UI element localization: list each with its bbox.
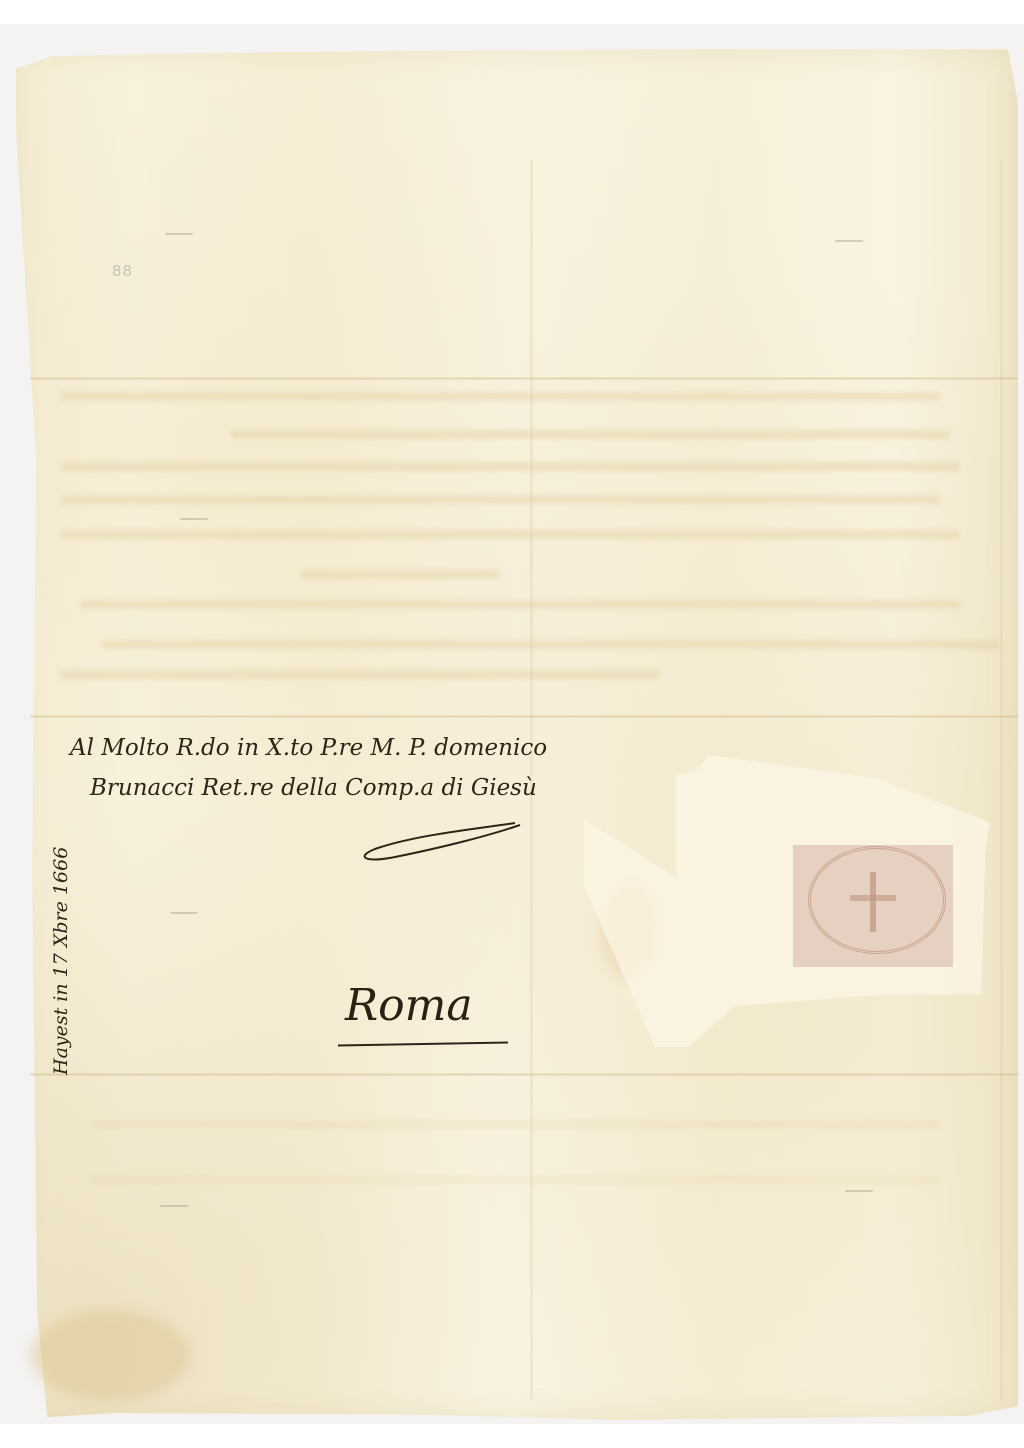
cut-mark bbox=[180, 518, 208, 520]
cut-mark bbox=[160, 1205, 188, 1207]
docket-note: Hayest in 17 Xbre 1666 bbox=[50, 847, 72, 1075]
address-line-1: Al Molto R.do in X.to P.re M. P. domenic… bbox=[70, 728, 547, 768]
paper-stain bbox=[30, 1310, 190, 1400]
seal-cross-icon bbox=[850, 895, 896, 901]
cut-mark bbox=[835, 240, 863, 242]
address-block: Al Molto R.do in X.to P.re M. P. domenic… bbox=[70, 728, 547, 808]
cut-mark bbox=[170, 912, 198, 914]
flourish-stroke bbox=[355, 815, 525, 865]
archive-page-number: 88 bbox=[112, 262, 133, 280]
destination: Roma bbox=[345, 980, 473, 1031]
cut-mark bbox=[165, 233, 193, 235]
fold-line-vertical bbox=[1000, 160, 1003, 1400]
fold-line bbox=[30, 715, 1018, 718]
seal-cross-icon bbox=[870, 872, 876, 932]
address-line-2: Brunacci Ret.re della Comp.a di Giesù bbox=[70, 768, 547, 808]
fold-line bbox=[30, 1073, 1018, 1076]
fold-line bbox=[30, 377, 1018, 380]
cut-mark bbox=[845, 1190, 873, 1192]
